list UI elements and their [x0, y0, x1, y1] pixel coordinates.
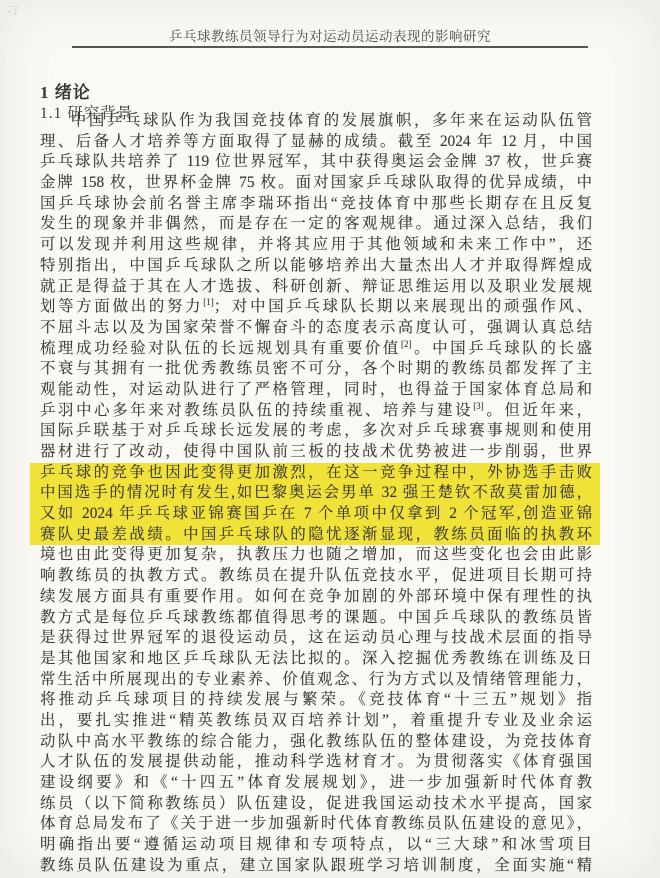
text-line: 人才队伍的发展提供动能，推动科学选材育才。为贯彻落实《体育强国: [40, 752, 592, 773]
text-line: 教练员队伍建设为重点，建立国家队跟班学习培训制度，全面实施“精: [40, 856, 592, 877]
text-line: 建设纲要》和《“十四五”体育发展规划》，进一步加强新时代体育教: [40, 773, 592, 794]
section-heading-1: 1 绪论: [40, 78, 91, 103]
citation-marker: [3]: [473, 401, 484, 411]
text-line: 国际乒联基于对乒乓球长远发展的考虑，多次对乒乓球赛事规则和使用: [40, 421, 592, 442]
text-line: 金牌 158 枚，世界杯金牌 75 枚。面对国家乒乓球队取得的优异成绩，中: [40, 173, 592, 194]
text-line: 赛队史最差战绩。中国乒乓球队的隐忧逐渐显现，教练员面临的执教环: [30, 525, 600, 546]
text-line: 练员（以下简称教练员）队伍建设，促进我国运动技术水平提高，国家: [40, 794, 592, 815]
text-line: 响教练员的执教方式。教练员在提升队伍竞技水平，促进项目长期可持: [40, 566, 592, 587]
running-head-title: 乒乓球教练员领导行为对运动员运动表现的影响研究: [0, 25, 660, 45]
text-line: 境也由此变得更加复杂，执教压力也随之增加，而这些变化也会由此影: [40, 545, 592, 566]
text-line: 出，要扎实推进“精英教练员双百培养计划”，着重提升专业及业余运: [40, 711, 592, 732]
text-line: 常生活中所展现出的专业素养、价值观念、行为方式以及情绪管理能力，: [40, 670, 592, 691]
text-line: 中国乒乓球队作为我国竞技体育的发展旗帜，多年来在运动队伍管: [40, 111, 592, 132]
text-line: 动队中高水平教练的综合能力，强化教练队伍的整体建设，为竞技体育: [40, 732, 592, 753]
citation-marker: [2]: [401, 338, 412, 348]
corner-mark: 刁: [7, 2, 18, 18]
text-line: 划等方面做出的努力[1]；对中国乒乓球队长期以来展现出的顽强作风、: [40, 297, 592, 318]
text-line: 可以发现并利用这些规律，并将其应用于其他领域和未来工作中”，还: [40, 235, 592, 256]
text-line: 不衰与其拥有一批优秀教练员密不可分，各个时期的教练员都发挥了主: [40, 359, 592, 380]
text-line: 梳理成功经验对队伍的长远规划具有重要价值[2]。中国乒乓球队的长盛: [40, 339, 592, 360]
text-line: 乒乓球的竞争也因此变得更加激烈，在这一竞争过程中，外协选手击败: [30, 463, 600, 484]
text-line: 就正是得益于其在人才选拔、科研创新、辩证思维运用以及职业发展规: [40, 277, 592, 298]
text-line: 是其他国家和地区乒乓球队无法比拟的。深入挖掘优秀教练在训练及日: [40, 649, 592, 670]
text-line: 又如 2024 年乒乓球亚锦赛国乒在 7 个单项中仅拿到 2 个冠军,创造亚锦: [30, 504, 600, 525]
text-line: 国乒乓球协会前名誉主席李瑞环指出“竞技体育中那些长期存在且反复: [40, 194, 592, 215]
text-line: 体育总局发布了《关于进一步加强新时代体育教练员队伍建设的意见》，: [40, 814, 592, 835]
text-line: 续发展方面具有重要作用。如何在竞争加剧的外部环境中保有理性的执: [40, 587, 592, 608]
body-text: 中国乒乓球队作为我国竞技体育的发展旗帜，多年来在运动队伍管理、后备人才培养等方面…: [40, 111, 592, 876]
text-line: 将推动乒乓球项目的持续发展与繁荣。《竞技体育“十三五”规划》指: [40, 690, 592, 711]
text-line: 器材进行了改动，使得中国队前三板的技战术优势被进一步削弱，世界: [40, 442, 592, 463]
text-line: 明确指出要“遵循运动项目规律和专项特点，以“三大球”和冰雪项目: [40, 835, 592, 856]
text-line: 特别指出，中国乒乓球队之所以能够培养出大量杰出人才并取得辉煌成: [40, 256, 592, 277]
text-line: 中国选手的情况时有发生,如巴黎奥运会男单 32 强王楚钦不敌莫雷加德，: [30, 483, 600, 504]
text-line: 观能动性，对运动队进行了严格管理，同时，也得益于国家体育总局和: [40, 380, 592, 401]
text-line: 乒乓球队共培养了 119 位世界冠军，其中获得奥运会金牌 37 枚，世乒赛: [40, 152, 592, 173]
text-line: 乒羽中心多年来对教练员队伍的持续重视、培养与建设[3]。但近年来，: [40, 401, 592, 422]
document-page: 刁 乒乓球教练员领导行为对运动员运动表现的影响研究 1 绪论 1.1 研究背景 …: [0, 0, 660, 878]
text-line: 教方式是每位乒乓球教练都值得思考的课题。中国乒乓球队的教练员皆: [40, 608, 592, 629]
citation-marker: [1]: [203, 297, 214, 307]
text-line: 理、后备人才培养等方面取得了显赫的成绩。截至 2024 年 12 月，中国: [40, 132, 592, 153]
text-line: 发生的现象并非偶然，而是存在一定的客观规律。通过深入总结，我们: [40, 214, 592, 235]
text-line: 是获得过世界冠军的退役运动员，这在运动员心理与技战术层面的指导: [40, 628, 592, 649]
header-rule: [72, 46, 588, 48]
text-line: 不屈斗志以及为国家荣誉不懈奋斗的态度表示高度认可，强调认真总结: [40, 318, 592, 339]
